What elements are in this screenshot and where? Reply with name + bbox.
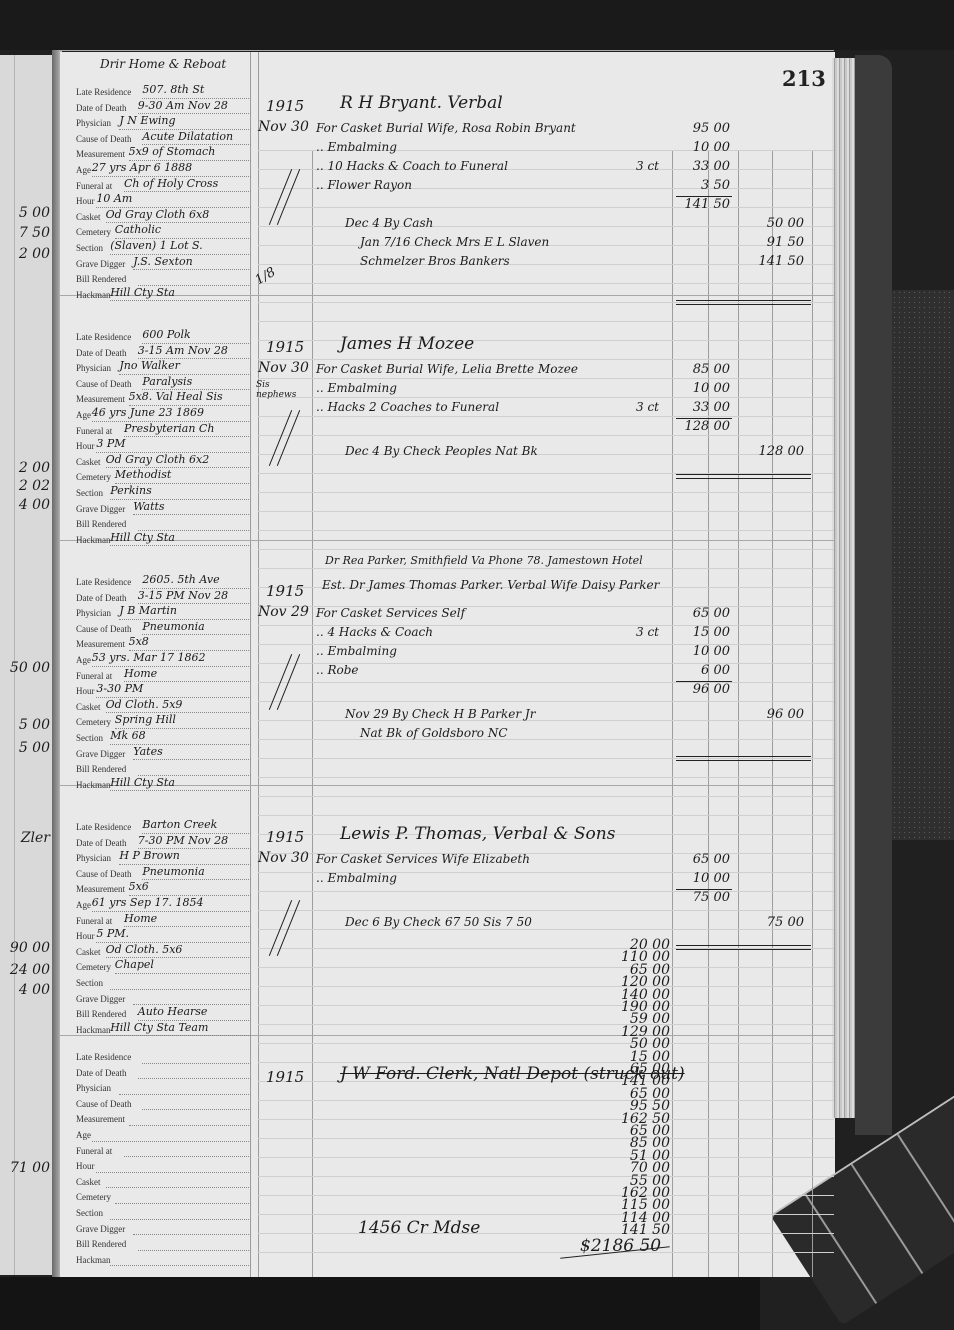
item-amount: 15 00 bbox=[668, 625, 730, 640]
field-label: Cemetery bbox=[76, 1192, 111, 1202]
field-funeral-at: Funeral at bbox=[76, 1144, 251, 1160]
rule-horizontal bbox=[258, 568, 834, 569]
entry-total: 96 00 bbox=[668, 682, 730, 697]
field-label: Physician bbox=[76, 853, 111, 863]
field-label: Measurement bbox=[76, 1114, 125, 1124]
rule-horizontal bbox=[258, 1100, 834, 1101]
field-value: Pneumonia bbox=[142, 864, 204, 880]
left-margin-amount: 2 00 bbox=[0, 460, 50, 476]
item-description: For Casket Services Self bbox=[316, 606, 465, 620]
item-description: .. Embalming bbox=[316, 140, 397, 154]
payment-amount: 75 00 bbox=[738, 915, 804, 930]
field-value: 5x8. Val Heal Sis bbox=[129, 389, 223, 405]
item-description: .. Hacks 2 Coaches to Funeral bbox=[316, 400, 499, 414]
field-value: Hill Cty Sta bbox=[110, 530, 175, 546]
entry-year: 1915 bbox=[266, 828, 304, 846]
field-section: Section bbox=[76, 976, 251, 992]
payment-description: Schmelzer Bros Bankers bbox=[360, 254, 510, 268]
field-label: Measurement bbox=[76, 394, 125, 404]
field-value: 5x6 bbox=[129, 879, 149, 895]
field-label: Age bbox=[76, 410, 91, 420]
left-margin-amount: 24 00 bbox=[0, 962, 50, 978]
field-value: J.S. Sexton bbox=[133, 254, 193, 270]
item-note: 3 ct bbox=[636, 625, 659, 639]
field-dotted-line bbox=[142, 879, 251, 880]
field-label: Measurement bbox=[76, 149, 125, 159]
item-amount: 85 00 bbox=[668, 362, 730, 377]
tally-total: $2186 50 bbox=[580, 1236, 661, 1256]
field-label: Late Residence bbox=[76, 577, 131, 587]
field-label: Date of Death bbox=[76, 103, 126, 113]
field-value: 3-30 PM bbox=[96, 681, 143, 697]
item-description: .. 4 Hacks & Coach bbox=[316, 625, 433, 639]
field-value: Hill Cty Sta bbox=[110, 285, 175, 301]
rule-horizontal bbox=[258, 758, 834, 759]
field-label: Hour bbox=[76, 441, 95, 451]
field-value: 9-30 Am Nov 28 bbox=[138, 98, 228, 114]
field-label: Late Residence bbox=[76, 822, 131, 832]
field-cemetery: CemeterySpring Hill bbox=[76, 715, 251, 731]
field-label: Casket bbox=[76, 212, 101, 222]
field-age: Age53 yrs. Mar 17 1862 bbox=[76, 653, 251, 669]
field-label: Age bbox=[76, 1130, 91, 1140]
closing-rule bbox=[676, 760, 811, 761]
rule-horizontal bbox=[258, 967, 834, 968]
field-value: Od Cloth. 5x9 bbox=[106, 697, 183, 713]
rule-horizontal bbox=[258, 1214, 834, 1215]
field-casket: CasketOd Cloth. 5x6 bbox=[76, 945, 251, 961]
rule-horizontal bbox=[258, 986, 834, 987]
field-dotted-line bbox=[115, 1203, 251, 1204]
field-value: Presbyterian Ch bbox=[124, 421, 214, 437]
rule-horizontal bbox=[258, 1233, 834, 1234]
rule-vertical bbox=[812, 150, 813, 1277]
field-value: Od Cloth. 5x6 bbox=[106, 942, 183, 958]
payment-amount: 91 50 bbox=[738, 235, 804, 250]
field-section: Section bbox=[76, 1206, 251, 1222]
field-value: 61 yrs Sep 17. 1854 bbox=[92, 895, 204, 911]
field-label: Late Residence bbox=[76, 332, 131, 342]
field-dotted-line bbox=[110, 499, 251, 500]
field-label: Funeral at bbox=[76, 426, 112, 436]
rule-horizontal bbox=[258, 682, 834, 683]
entry-name: Lewis P. Thomas, Verbal & Sons bbox=[340, 824, 615, 844]
item-amount: 10 00 bbox=[668, 381, 730, 396]
closing-rule bbox=[676, 300, 811, 301]
page-number: 213 bbox=[782, 66, 826, 91]
field-label: Casket bbox=[76, 702, 101, 712]
field-age: Age bbox=[76, 1128, 251, 1144]
entry-date: Nov 29 bbox=[258, 604, 309, 620]
field-label: Grave Digger bbox=[76, 504, 125, 514]
field-label: Date of Death bbox=[76, 1068, 126, 1078]
field-value: Ch of Holy Cross bbox=[124, 176, 218, 192]
field-dotted-line bbox=[129, 1125, 251, 1126]
field-dotted-line bbox=[142, 1063, 251, 1064]
rule-horizontal bbox=[258, 910, 834, 911]
field-grave-digger: Grave Digger bbox=[76, 1222, 251, 1238]
field-hackman: HackmanHill Cty Sta bbox=[76, 288, 251, 304]
field-hour: Hour bbox=[76, 1159, 251, 1175]
field-label: Cemetery bbox=[76, 227, 111, 237]
field-label: Bill Rendered bbox=[76, 274, 126, 284]
rule-horizontal bbox=[258, 492, 834, 493]
field-label: Cemetery bbox=[76, 472, 111, 482]
entry-name: James H Mozee bbox=[340, 334, 474, 354]
field-value: 53 yrs. Mar 17 1862 bbox=[92, 650, 206, 666]
rule-horizontal bbox=[258, 815, 834, 816]
field-dotted-line bbox=[92, 666, 251, 667]
field-value: Home bbox=[124, 666, 157, 682]
entry-note: Dr Rea Parker, Smithfield Va Phone 78. J… bbox=[325, 554, 643, 567]
field-label: Hour bbox=[76, 1161, 95, 1171]
rule-horizontal bbox=[258, 1119, 834, 1120]
field-value: Spring Hill bbox=[115, 712, 176, 728]
field-value: 5x9 of Stomach bbox=[129, 144, 216, 160]
field-dotted-line bbox=[110, 1035, 251, 1036]
field-value: Paralysis bbox=[142, 374, 192, 390]
field-casket: CasketOd Gray Cloth 6x8 bbox=[76, 210, 251, 226]
field-grave-digger: Grave DiggerYates bbox=[76, 747, 251, 763]
entry-fields: Late ResidenceBarton CreekDate of Death7… bbox=[76, 820, 251, 1038]
rule-horizontal bbox=[258, 1252, 834, 1253]
rule-horizontal bbox=[258, 321, 834, 322]
field-value: J N Ewing bbox=[119, 113, 175, 129]
field-value: J B Martin bbox=[119, 603, 177, 619]
closing-rule bbox=[676, 756, 811, 757]
field-value: 7-30 PM Nov 28 bbox=[138, 833, 228, 849]
field-dotted-line bbox=[124, 436, 251, 437]
rule-horizontal bbox=[258, 1138, 834, 1139]
field-value: Mk 68 bbox=[110, 728, 145, 744]
field-label: Measurement bbox=[76, 639, 125, 649]
field-value: 10 Am bbox=[96, 191, 132, 207]
field-label: Late Residence bbox=[76, 87, 131, 97]
rule-horizontal bbox=[258, 530, 834, 531]
field-cemetery: Cemetery bbox=[76, 1190, 251, 1206]
field-label: Funeral at bbox=[76, 671, 112, 681]
field-label: Measurement bbox=[76, 884, 125, 894]
entry-year: 1915 bbox=[266, 97, 304, 115]
field-label: Section bbox=[76, 1208, 103, 1218]
field-cause-of-death: Cause of DeathPneumonia bbox=[76, 867, 251, 883]
field-label: Hackman bbox=[76, 535, 110, 545]
bottom-note: 1456 Cr Mdse bbox=[358, 1218, 480, 1238]
entry-date: Nov 30 bbox=[258, 119, 309, 135]
field-dotted-line bbox=[115, 973, 251, 974]
rule-horizontal bbox=[258, 739, 834, 740]
payment-description: Dec 4 By Check Peoples Nat Bk bbox=[345, 444, 538, 458]
field-label: Funeral at bbox=[76, 916, 112, 926]
field-date-of-death: Date of Death bbox=[76, 1066, 251, 1082]
entry-total: 75 00 bbox=[668, 890, 730, 905]
rule-horizontal bbox=[258, 777, 834, 778]
field-value: Hill Cty Sta Team bbox=[110, 1020, 208, 1036]
item-description: For Casket Burial Wife, Rosa Robin Bryan… bbox=[316, 121, 576, 135]
left-margin-amount: 50 00 bbox=[0, 660, 50, 676]
field-label: Physician bbox=[76, 118, 111, 128]
field-label: Cause of Death bbox=[76, 869, 131, 879]
field-label: Bill Rendered bbox=[76, 1239, 126, 1249]
field-label: Physician bbox=[76, 608, 111, 618]
item-amount: 65 00 bbox=[668, 852, 730, 867]
field-label: Hackman bbox=[76, 780, 110, 790]
field-hackman: Hackman bbox=[76, 1253, 251, 1269]
rule-horizontal bbox=[258, 511, 834, 512]
rule-horizontal bbox=[258, 549, 834, 550]
item-amount: 33 00 bbox=[668, 159, 730, 174]
field-value: 3-15 Am Nov 28 bbox=[138, 343, 228, 359]
field-value: Chapel bbox=[115, 957, 154, 973]
left-margin-amount: 2 00 bbox=[0, 246, 50, 262]
payment-description: Dec 6 By Check 67 50 Sis 7 50 bbox=[345, 915, 532, 929]
payment-amount: 128 00 bbox=[738, 444, 804, 459]
field-value: Hill Cty Sta bbox=[110, 775, 175, 791]
field-label: Cemetery bbox=[76, 717, 111, 727]
field-label: Section bbox=[76, 978, 103, 988]
rule-horizontal bbox=[258, 416, 834, 417]
field-value: Methodist bbox=[115, 467, 172, 483]
closing-rule bbox=[676, 304, 811, 305]
rule-horizontal bbox=[258, 302, 834, 303]
field-dotted-line bbox=[142, 1109, 251, 1110]
field-label: Grave Digger bbox=[76, 259, 125, 269]
field-cause-of-death: Cause of DeathPneumonia bbox=[76, 622, 251, 638]
field-label: Hour bbox=[76, 931, 95, 941]
field-label: Age bbox=[76, 900, 91, 910]
section-divider bbox=[60, 50, 834, 51]
rule-horizontal bbox=[258, 359, 834, 360]
field-label: Cause of Death bbox=[76, 624, 131, 634]
field-label: Cemetery bbox=[76, 962, 111, 972]
rule-horizontal bbox=[258, 378, 834, 379]
field-dotted-line bbox=[124, 191, 251, 192]
field-dotted-line bbox=[142, 634, 251, 635]
left-margin-amount: 5 00 bbox=[0, 740, 50, 756]
closing-rule bbox=[676, 474, 811, 475]
field-bill-rendered: Bill Rendered bbox=[76, 1237, 251, 1253]
field-value: Catholic bbox=[115, 222, 161, 238]
field-dotted-line bbox=[119, 1094, 251, 1095]
rule-horizontal bbox=[258, 1024, 834, 1025]
payment-amount: 141 50 bbox=[738, 254, 804, 269]
field-dotted-line bbox=[133, 514, 251, 515]
item-description: For Casket Services Wife Elizabeth bbox=[316, 852, 530, 866]
field-dotted-line bbox=[110, 989, 251, 990]
item-amount: 3 50 bbox=[668, 178, 730, 193]
rule-horizontal bbox=[258, 283, 834, 284]
entry-date-note: Sis nephews bbox=[256, 380, 308, 400]
field-dotted-line bbox=[133, 1234, 251, 1235]
field-label: Hour bbox=[76, 196, 95, 206]
payment-description: Dec 4 By Cash bbox=[345, 216, 433, 230]
field-dotted-line bbox=[92, 911, 251, 912]
field-label: Age bbox=[76, 655, 91, 665]
item-amount: 6 00 bbox=[668, 663, 730, 678]
field-value: Perkins bbox=[110, 483, 152, 499]
field-cemetery: CemeteryMethodist bbox=[76, 470, 251, 486]
item-note: 3 ct bbox=[636, 159, 659, 173]
entry-fields: Late ResidenceDate of DeathPhysicianCaus… bbox=[76, 1050, 251, 1268]
field-casket: Casket bbox=[76, 1175, 251, 1191]
field-dotted-line bbox=[133, 759, 251, 760]
field-value: H P Brown bbox=[119, 848, 179, 864]
field-dotted-line bbox=[124, 926, 251, 927]
rule-horizontal bbox=[258, 796, 834, 797]
field-label: Bill Rendered bbox=[76, 519, 126, 529]
field-label: Funeral at bbox=[76, 1146, 112, 1156]
item-amount: 10 00 bbox=[668, 140, 730, 155]
field-label: Casket bbox=[76, 947, 101, 957]
item-amount: 10 00 bbox=[668, 644, 730, 659]
bottom-shadow bbox=[0, 1277, 760, 1330]
field-label: Hour bbox=[76, 686, 95, 696]
item-description: .. Embalming bbox=[316, 644, 397, 658]
rule-horizontal bbox=[258, 1157, 834, 1158]
field-label: Bill Rendered bbox=[76, 764, 126, 774]
field-value: Jno Walker bbox=[119, 358, 179, 374]
entry-date: Nov 30 bbox=[258, 360, 309, 376]
left-margin-amount: 7 50 bbox=[0, 225, 50, 241]
left-margin-amount: 90 00 bbox=[0, 940, 50, 956]
field-value: 46 yrs June 23 1869 bbox=[92, 405, 204, 421]
item-description: .. Robe bbox=[316, 663, 359, 677]
rule-horizontal bbox=[258, 1043, 834, 1044]
field-label: Hackman bbox=[76, 1025, 110, 1035]
field-hackman: HackmanHill Cty Sta bbox=[76, 778, 251, 794]
field-dotted-line bbox=[138, 1250, 251, 1251]
field-dotted-line bbox=[133, 269, 251, 270]
field-value: Pneumonia bbox=[142, 619, 204, 635]
field-dotted-line bbox=[110, 790, 251, 791]
field-value: Watts bbox=[133, 499, 164, 515]
field-cemetery: CemeteryChapel bbox=[76, 960, 251, 976]
entry-name: R H Bryant. Verbal bbox=[340, 93, 503, 113]
field-late-residence: Late Residence bbox=[76, 1050, 251, 1066]
field-dotted-line bbox=[138, 1078, 251, 1079]
entry-note: Drir Home & Reboat bbox=[100, 57, 226, 71]
left-margin-amount: 4 00 bbox=[0, 497, 50, 513]
rule-horizontal bbox=[258, 1005, 834, 1006]
left-margin-amount: Zler bbox=[0, 830, 50, 846]
field-dotted-line bbox=[110, 1219, 251, 1220]
field-hackman: HackmanHill Cty Sta bbox=[76, 533, 251, 549]
left-margin-amount: 2 02 bbox=[0, 478, 50, 494]
field-value: Od Gray Cloth 6x2 bbox=[106, 452, 210, 468]
left-margin-amount: 5 00 bbox=[0, 717, 50, 733]
field-value: 507. 8th St bbox=[142, 82, 204, 98]
field-label: Section bbox=[76, 243, 103, 253]
closing-rule bbox=[676, 945, 811, 946]
field-age: Age61 yrs Sep 17. 1854 bbox=[76, 898, 251, 914]
rule-horizontal bbox=[258, 701, 834, 702]
field-label: Physician bbox=[76, 1083, 111, 1093]
field-value: 3 PM bbox=[96, 436, 125, 452]
item-amount: 65 00 bbox=[668, 606, 730, 621]
field-dotted-line bbox=[106, 1187, 251, 1188]
page-edges bbox=[832, 58, 856, 1118]
entry-fields: Late Residence2605. 5th AveDate of Death… bbox=[76, 575, 251, 793]
rule-horizontal bbox=[258, 207, 834, 208]
cloth-background bbox=[892, 290, 954, 840]
item-description: .. 10 Hacks & Coach to Funeral bbox=[316, 159, 508, 173]
entry-year: 1915 bbox=[266, 582, 304, 600]
item-description: .. Embalming bbox=[316, 381, 397, 395]
field-value: Yates bbox=[133, 744, 163, 760]
field-label: Bill Rendered bbox=[76, 1009, 126, 1019]
left-margin-amount: 71 00 bbox=[0, 1160, 50, 1176]
item-note: 3 ct bbox=[636, 400, 659, 414]
field-label: Date of Death bbox=[76, 593, 126, 603]
entry-name: Est. Dr James Thomas Parker. Verbal Wife… bbox=[322, 578, 659, 592]
field-value: 5 PM. bbox=[96, 926, 129, 942]
rule-horizontal bbox=[258, 1176, 834, 1177]
field-dotted-line bbox=[110, 545, 251, 546]
field-section: SectionMk 68 bbox=[76, 731, 251, 747]
field-dotted-line bbox=[110, 1265, 251, 1266]
field-dotted-line bbox=[110, 300, 251, 301]
left-margin-amount: 5 00 bbox=[0, 205, 50, 221]
rule-horizontal bbox=[258, 435, 834, 436]
field-value: 2605. 5th Ave bbox=[142, 572, 219, 588]
rule-horizontal bbox=[258, 1195, 834, 1196]
left-margin-amount: 4 00 bbox=[0, 982, 50, 998]
item-amount: 95 00 bbox=[668, 121, 730, 136]
field-label: Hackman bbox=[76, 290, 110, 300]
field-value: (Slaven) 1 Lot S. bbox=[110, 238, 202, 254]
field-dotted-line bbox=[96, 1172, 251, 1173]
payment-description: Nat Bk of Goldsboro NC bbox=[360, 726, 508, 740]
rule-horizontal bbox=[258, 397, 834, 398]
field-value: 5x8 bbox=[129, 634, 149, 650]
rule-horizontal bbox=[258, 891, 834, 892]
field-label: Grave Digger bbox=[76, 994, 125, 1004]
entry-total: 141 50 bbox=[668, 197, 730, 212]
field-dotted-line bbox=[92, 1141, 251, 1142]
rule-horizontal bbox=[258, 1062, 834, 1063]
field-value: Home bbox=[124, 911, 157, 927]
field-measurement: Measurement bbox=[76, 1112, 251, 1128]
field-label: Age bbox=[76, 165, 91, 175]
field-label: Section bbox=[76, 488, 103, 498]
book-cover bbox=[855, 55, 892, 1135]
item-description: .. Flower Rayon bbox=[316, 178, 412, 192]
field-value: Acute Dilatation bbox=[142, 129, 233, 145]
entry-date: Nov 30 bbox=[258, 850, 309, 866]
field-label: Casket bbox=[76, 457, 101, 467]
rule-vertical bbox=[672, 150, 673, 1277]
closing-rule bbox=[676, 478, 811, 479]
rule-vertical bbox=[258, 52, 259, 1277]
item-description: For Casket Burial Wife, Lelia Brette Moz… bbox=[316, 362, 578, 376]
top-shadow bbox=[0, 0, 954, 50]
field-grave-digger: Grave DiggerWatts bbox=[76, 502, 251, 518]
field-dotted-line bbox=[124, 1156, 251, 1157]
payment-amount: 96 00 bbox=[738, 707, 804, 722]
entry-year: 1915 bbox=[266, 1068, 304, 1086]
field-label: Physician bbox=[76, 363, 111, 373]
item-amount: 10 00 bbox=[668, 871, 730, 886]
closing-rule bbox=[676, 949, 811, 950]
rule-vertical bbox=[708, 150, 709, 1277]
field-label: Hackman bbox=[76, 1255, 110, 1265]
field-value: Od Gray Cloth 6x8 bbox=[106, 207, 210, 223]
item-description: .. Embalming bbox=[316, 871, 397, 885]
field-value: Barton Creek bbox=[142, 817, 217, 833]
field-label: Date of Death bbox=[76, 348, 126, 358]
entry-total: 128 00 bbox=[668, 419, 730, 434]
field-value: 600 Polk bbox=[142, 327, 190, 343]
